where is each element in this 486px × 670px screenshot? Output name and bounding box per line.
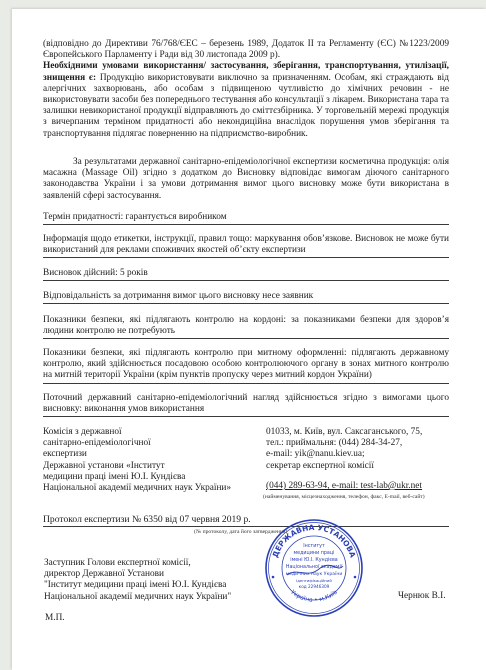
commission-line: Національної академії медичних наук Укра… [43, 483, 243, 494]
svg-text:Ідентифікаційний: Ідентифікаційний [296, 578, 332, 583]
commission-line: Комісія з державної [43, 427, 243, 438]
commission-line: медицини праці імені Ю.І. Кундієва [43, 472, 243, 483]
svg-text:Україна • м.Київ: Україна • м.Київ [289, 589, 339, 604]
conclusion-paragraph: За результатами державної санітарно-епід… [43, 157, 449, 202]
field-supervision: Поточний державний санітарно-епідеміолог… [43, 393, 449, 417]
field-responsibility: Відповідальність за дотримання вимог цьо… [43, 291, 449, 304]
phone-line: тел.: приймальня: (044) 284-34-27, [266, 438, 466, 449]
commission-line: Державної установи «Інститут [43, 461, 243, 472]
svg-text:медицини праці: медицини праці [294, 550, 335, 556]
signatory-block: Заступник Голови експертної комісії, дир… [44, 558, 274, 603]
signatory-line: "Інститут медицини праці імені Ю.І. Кунд… [44, 580, 274, 591]
address-line: 01033, м. Київ, вул. Саксаганського, 75, [266, 427, 466, 438]
seal-label: М.П. [45, 613, 65, 624]
contact-line: (044) 289-63-94, e-mail: test-lab@ukr.ne… [266, 481, 422, 492]
signatory-line: директор Державної Установи [44, 569, 274, 580]
stamp-seal-icon: ДЕРЖАВНА УСТАНОВА Україна • м.Київ Інсти… [263, 517, 365, 619]
svg-text:імені Ю.І. Кундієва: імені Ю.І. Кундієва [290, 557, 338, 563]
protocol-line: Протокол експертизи № 6350 від 07 червня… [43, 514, 449, 527]
document-page: (відповідно до Директиви 76/768/ЄЕС – бе… [12, 9, 486, 670]
intro-line: (відповідно до Директиви 76/768/ЄЕС – бе… [43, 39, 449, 60]
intro-paragraph: (відповідно до Директиви 76/768/ЄЕС – бе… [43, 39, 449, 140]
official-stamp: ДЕРЖАВНА УСТАНОВА Україна • м.Київ Інсти… [263, 517, 365, 619]
signatory-line: Заступник Голови експертної комісії, [44, 558, 274, 569]
svg-text:код 22946309: код 22946309 [299, 584, 330, 589]
commission-name: Комісія з державної санітарно-епідеміоло… [43, 427, 243, 494]
conditions-text: Продукцію використовувати виключно за пр… [43, 73, 449, 139]
contact-caption: (найменування, місцезнаходження, телефон… [263, 494, 425, 501]
secretary-line: секретар експертної комісії [266, 461, 466, 472]
field-border-control: Показники безпеки, які підлягають контро… [43, 315, 449, 339]
field-shelf-life: Термін придатності: гарантується виробни… [43, 212, 449, 225]
signatory-line: Національної академії медичних наук Укра… [44, 592, 274, 603]
commission-address: 01033, м. Київ, вул. Саксаганського, 75,… [266, 427, 466, 472]
signatory-name: Чернюк В.І. [398, 591, 446, 602]
commission-line: експертизи [43, 449, 243, 460]
field-customs-control: Показники безпеки, які підлягають контро… [43, 348, 449, 384]
commission-line: санітарно-епідеміологічної [43, 438, 243, 449]
svg-text:Інститут: Інститут [303, 543, 325, 549]
field-label-info: Інформація щодо етикетки, інструкції, пр… [43, 234, 449, 258]
field-validity: Висновок дійсний: 5 років [43, 268, 449, 281]
email-line: e-mail: yik@nanu.kiev.ua; [266, 449, 466, 460]
